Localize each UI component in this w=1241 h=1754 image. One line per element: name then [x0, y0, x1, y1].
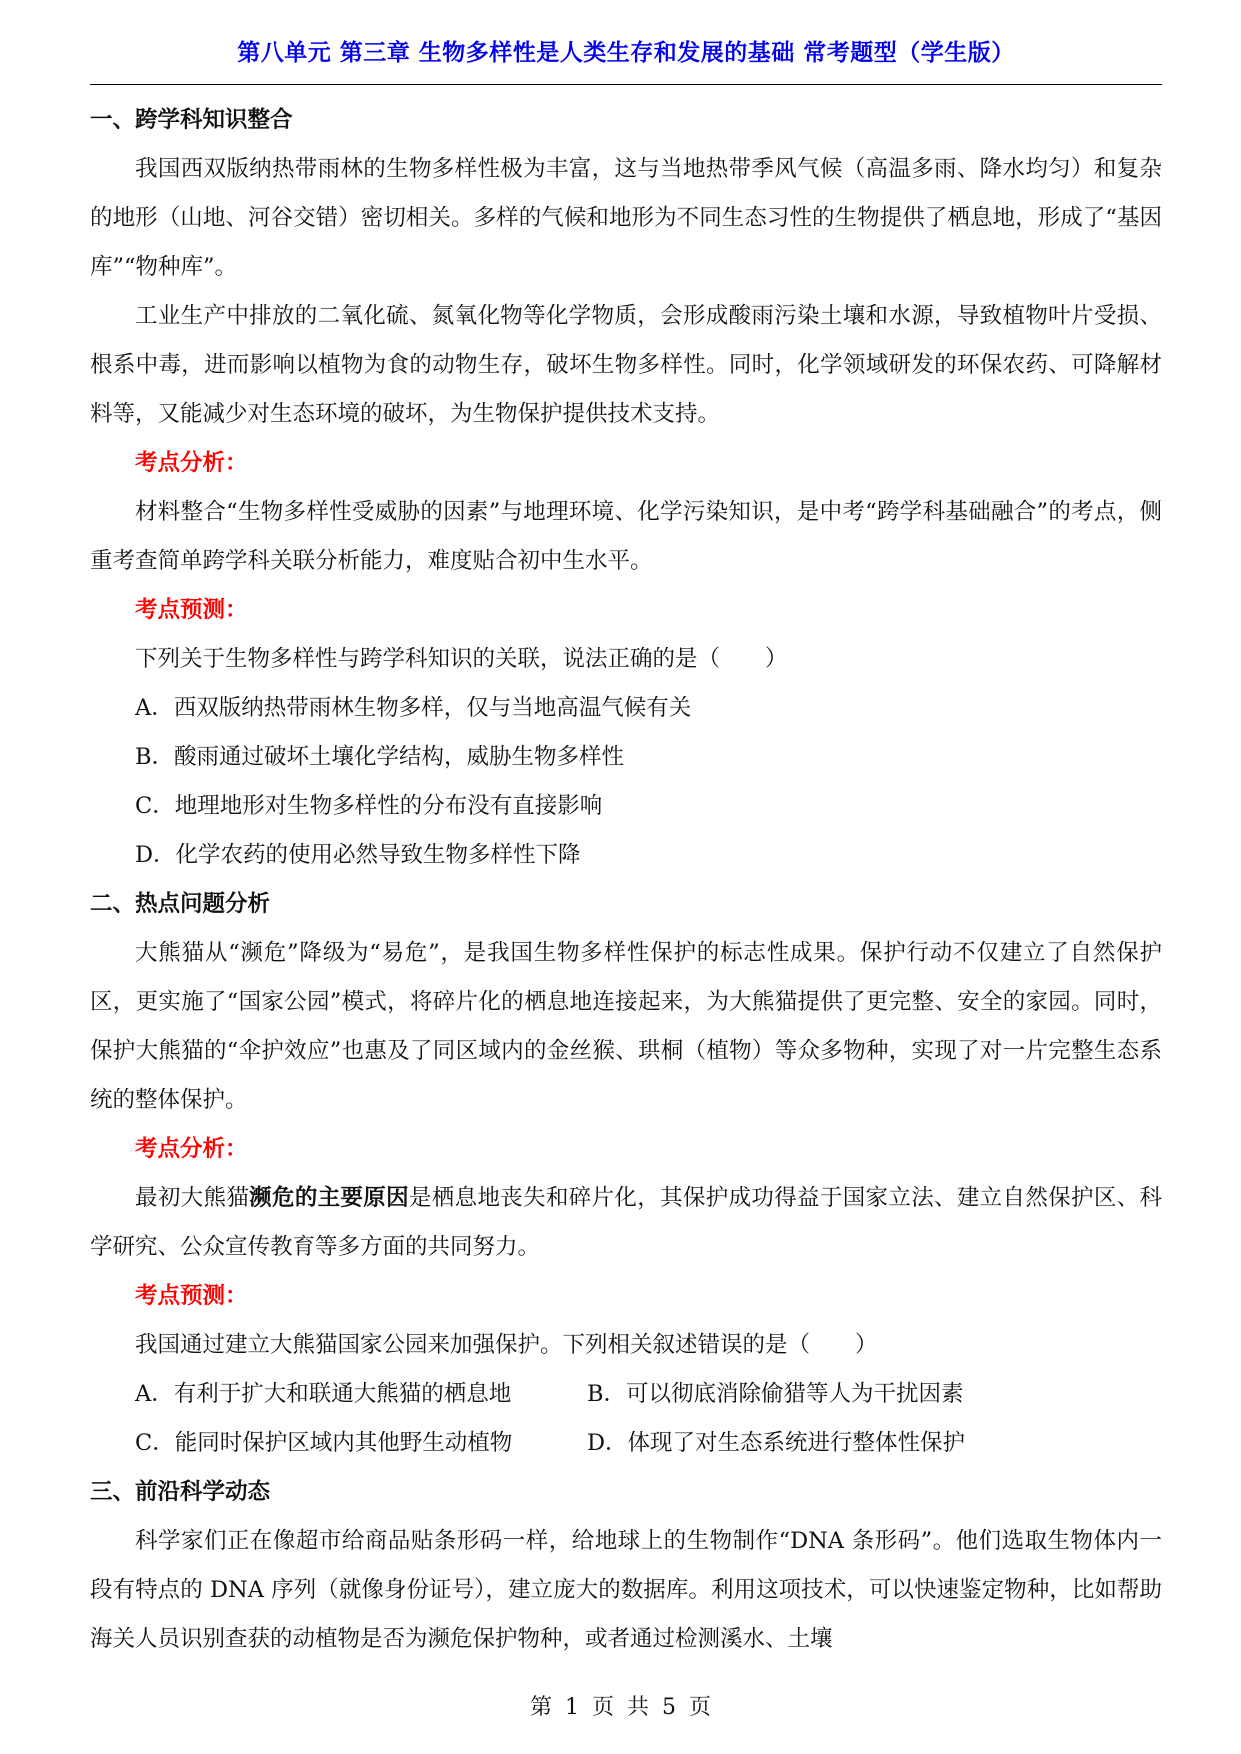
section-title: 二、热点问题分析: [90, 880, 1162, 929]
section-title: 一、跨学科知识整合: [90, 96, 1162, 145]
page-number: 第 1 页 共 5 页: [0, 1690, 1241, 1721]
page-header-title: 第八单元 第三章 生物多样性是人类生存和发展的基础 常考题型（学生版）: [90, 34, 1162, 67]
option-b: B．可以彻底消除偷猎等人为干扰因素: [587, 1370, 1039, 1419]
option-b: B．酸雨通过破坏土壤化学结构，威胁生物多样性: [90, 733, 1162, 782]
option-a: A．西双版纳热带雨林生物多样，仅与当地高温气候有关: [90, 684, 1162, 733]
section-frontier-science: 三、前沿科学动态 科学家们正在像超市给商品贴条形码一样，给地球上的生物制作“DN…: [90, 1468, 1162, 1664]
section-title: 三、前沿科学动态: [90, 1468, 1162, 1517]
analysis-label: 考点分析：: [90, 439, 1162, 488]
prediction-label: 考点预测：: [90, 586, 1162, 635]
document-body: 一、跨学科知识整合 我国西双版纳热带雨林的生物多样性极为丰富，这与当地热带季风气…: [90, 96, 1162, 1664]
header-divider: [90, 84, 1162, 85]
paragraph: 科学家们正在像超市给商品贴条形码一样，给地球上的生物制作“DNA 条形码”。他们…: [90, 1517, 1162, 1664]
section-hot-topics: 二、热点问题分析 大熊猫从“濒危”降级为“易危”，是我国生物多样性保护的标志性成…: [90, 880, 1162, 1468]
option-c: C．能同时保护区域内其他野生动植物: [135, 1419, 587, 1468]
question-stem: 下列关于生物多样性与跨学科知识的关联，说法正确的是（ ）: [90, 635, 1162, 684]
paragraph: 我国西双版纳热带雨林的生物多样性极为丰富，这与当地热带季风气候（高温多雨、降水均…: [90, 145, 1162, 292]
paragraph: 工业生产中排放的二氧化硫、氮氧化物等化学物质，会形成酸雨污染土壤和水源，导致植物…: [90, 292, 1162, 439]
option-c: C．地理地形对生物多样性的分布没有直接影响: [90, 782, 1162, 831]
options-row: C．能同时保护区域内其他野生动植物 D．体现了对生态系统进行整体性保护: [90, 1419, 1162, 1468]
option-d: D．体现了对生态系统进行整体性保护: [587, 1419, 1039, 1468]
section-interdisciplinary: 一、跨学科知识整合 我国西双版纳热带雨林的生物多样性极为丰富，这与当地热带季风气…: [90, 96, 1162, 880]
paragraph: 大熊猫从“濒危”降级为“易危”，是我国生物多样性保护的标志性成果。保护行动不仅建…: [90, 929, 1162, 1125]
option-d: D．化学农药的使用必然导致生物多样性下降: [90, 831, 1162, 880]
options-row: A．有利于扩大和联通大熊猫的栖息地 B．可以彻底消除偷猎等人为干扰因素: [90, 1370, 1162, 1419]
analysis-emphasis: 濒危的主要原因: [249, 1185, 409, 1211]
question-stem: 我国通过建立大熊猫国家公园来加强保护。下列相关叙述错误的是（ ）: [90, 1321, 1162, 1370]
option-a: A．有利于扩大和联通大熊猫的栖息地: [135, 1370, 587, 1419]
analysis-text: 材料整合“生物多样性受威胁的因素”与地理环境、化学污染知识，是中考“跨学科基础融…: [90, 488, 1162, 586]
analysis-label: 考点分析：: [90, 1125, 1162, 1174]
prediction-label: 考点预测：: [90, 1272, 1162, 1321]
analysis-text: 最初大熊猫濒危的主要原因是栖息地丧失和碎片化，其保护成功得益于国家立法、建立自然…: [90, 1174, 1162, 1272]
analysis-prefix: 最初大熊猫: [135, 1185, 249, 1211]
